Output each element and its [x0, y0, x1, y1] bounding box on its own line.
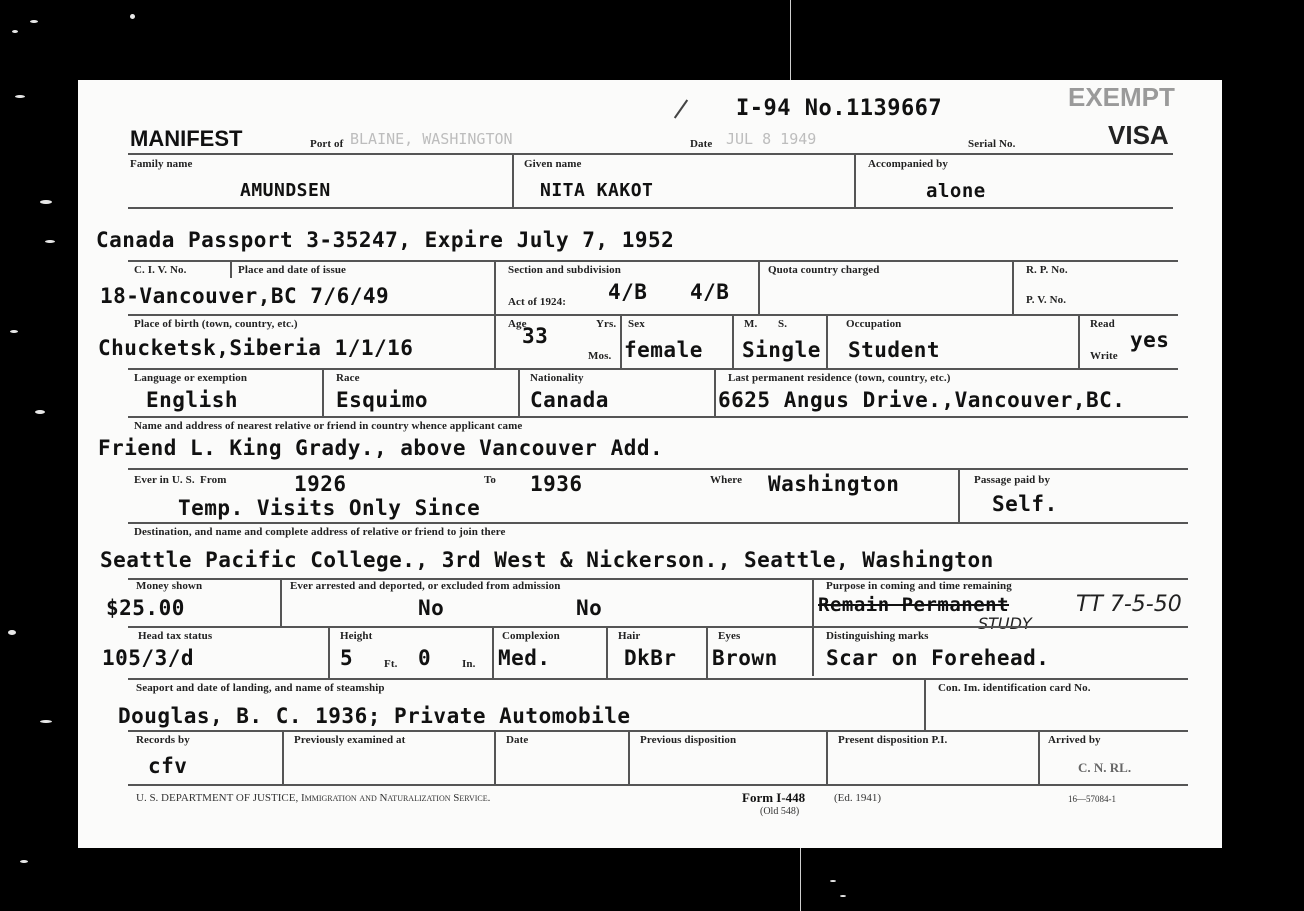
port-label: Port of [310, 138, 343, 150]
seaport-label: Seaport and date of landing, and name of… [136, 682, 385, 694]
mos-label: Mos. [588, 350, 611, 362]
age-value: 33 [522, 324, 548, 348]
present-disp-label: Present disposition P.I. [838, 734, 947, 746]
purpose-handwritten-study: STUDY [978, 614, 1032, 633]
arrived-value: C. N. RL. [1078, 760, 1131, 776]
print-code: 16—57084-1 [1068, 794, 1116, 804]
yrs-label: Yrs. [596, 318, 616, 330]
arrived-label: Arrived by [1048, 734, 1101, 746]
divider [714, 370, 716, 416]
relative-label: Name and address of nearest relative or … [134, 420, 522, 432]
form-title: MANIFEST [130, 126, 242, 152]
divider [128, 207, 1173, 209]
height-label: Height [340, 630, 372, 642]
read-write-value: yes [1130, 328, 1169, 352]
destination-label: Destination, and name and complete addre… [134, 526, 506, 538]
write-label: Write [1090, 350, 1118, 362]
sex-label: Sex [628, 318, 645, 330]
divider [128, 314, 1178, 316]
hair-value: DkBr [624, 646, 677, 670]
scan-speck [40, 720, 52, 723]
to-value: 1936 [530, 472, 583, 496]
where-label: Where [710, 474, 742, 486]
scan-speck [20, 860, 28, 863]
scan-speck [35, 410, 45, 414]
date-stamp: JUL 8 1949 [726, 130, 816, 148]
married-label: M. [744, 318, 757, 330]
exempt-stamp: EXEMPT [1068, 82, 1175, 113]
family-name-value: AMUNDSEN [240, 180, 331, 201]
divider [758, 262, 760, 314]
divider [826, 732, 828, 784]
race-label: Race [336, 372, 360, 384]
form-edition: (Ed. 1941) [834, 792, 881, 804]
divider [328, 628, 330, 678]
nationality-label: Nationality [530, 372, 584, 384]
family-name-label: Family name [130, 158, 193, 170]
passage-value: Self. [992, 492, 1058, 516]
prev-exam-label: Previously examined at [294, 734, 405, 746]
divider [494, 732, 496, 784]
section-label: Section and subdivision [508, 264, 621, 276]
divider [958, 470, 960, 522]
scan-speck [830, 880, 836, 882]
scan-speck [45, 240, 55, 243]
visa-stamp: VISA [1108, 120, 1169, 151]
purpose-struck: Remain Permanent [818, 594, 1009, 616]
residence-label: Last permanent residence (town, country,… [728, 372, 951, 384]
issue-value: 18-Vancouver,BC 7/6/49 [100, 284, 389, 308]
prev-disp-label: Previous disposition [640, 734, 736, 746]
single-label: S. [778, 318, 787, 330]
divider [128, 578, 1188, 580]
divider [128, 522, 1188, 524]
divider [518, 370, 520, 416]
passport-line: Canada Passport 3-35247, Expire July 7, … [96, 228, 674, 252]
marks-label: Distinguishing marks [826, 630, 929, 642]
divider [706, 628, 708, 678]
scan-speck [840, 895, 846, 897]
occupation-value: Student [848, 338, 940, 362]
divider [128, 153, 1173, 155]
divider [128, 784, 1188, 786]
divider [826, 316, 828, 368]
divider [606, 628, 608, 678]
act-value-2: 4/B [690, 280, 729, 304]
visits-note: Temp. Visits Only Since [178, 496, 480, 520]
divider [128, 626, 1188, 628]
passage-label: Passage paid by [974, 474, 1050, 486]
from-value: 1926 [294, 472, 347, 496]
language-label: Language or exemption [134, 372, 247, 384]
given-name-label: Given name [524, 158, 582, 170]
divider [128, 730, 1188, 732]
scan-speck [10, 330, 18, 333]
records-date-label: Date [506, 734, 528, 746]
divider [128, 260, 1178, 262]
act-value-1: 4/B [608, 280, 647, 304]
purpose-label: Purpose in coming and time remaining [826, 580, 1012, 592]
records-label: Records by [136, 734, 190, 746]
records-value: cfv [148, 754, 187, 778]
divider [812, 580, 814, 676]
accompanied-label: Accompanied by [868, 158, 948, 170]
scan-line-artifact [790, 0, 791, 80]
accompanied-value: alone [926, 180, 986, 202]
eyes-value: Brown [712, 646, 778, 670]
manifest-card: MANIFEST Port of BLAINE, WASHINGTON I-94… [78, 80, 1222, 848]
serial-label: Serial No. [968, 138, 1015, 150]
divider [620, 316, 622, 368]
residence-value: 6625 Angus Drive.,Vancouver,BC. [718, 388, 1125, 412]
arrested-value-2: No [576, 596, 602, 620]
issue-label: Place and date of issue [238, 264, 346, 276]
divider [494, 262, 496, 370]
to-label: To [484, 474, 496, 486]
i94-number: I-94 No.1139667 [736, 96, 942, 121]
scan-speck [30, 20, 38, 23]
divider [280, 580, 282, 626]
eyes-label: Eyes [718, 630, 740, 642]
scan-speck [15, 95, 25, 98]
headtax-label: Head tax status [138, 630, 212, 642]
height-in-value: 0 [418, 646, 431, 670]
arrested-value-1: No [418, 596, 444, 620]
date-label: Date [690, 138, 712, 150]
divider [128, 678, 1188, 680]
complexion-value: Med. [498, 646, 551, 670]
marks-value: Scar on Forehead. [826, 646, 1049, 670]
scan-line-artifact [800, 848, 801, 911]
birth-label: Place of birth (town, country, etc.) [134, 318, 298, 330]
civ-label: C. I. V. No. [134, 264, 186, 276]
nationality-value: Canada [530, 388, 609, 412]
headtax-value: 105/3/d [102, 646, 194, 670]
from-label: From [200, 474, 226, 486]
scan-speck [40, 200, 52, 204]
pen-mark [674, 99, 688, 118]
divider [732, 316, 734, 368]
language-value: English [146, 388, 238, 412]
divider [1078, 316, 1080, 368]
department-footer: U. S. DEPARTMENT OF JUSTICE, Immigration… [136, 792, 490, 804]
quota-label: Quota country charged [768, 264, 879, 276]
hair-label: Hair [618, 630, 640, 642]
purpose-handwritten: TT 7-5-50 [1076, 592, 1182, 617]
port-stamp: BLAINE, WASHINGTON [350, 130, 513, 148]
complexion-label: Complexion [502, 630, 560, 642]
divider [1012, 262, 1014, 314]
birth-value: Chucketsk,Siberia 1/1/16 [98, 336, 413, 360]
height-ft-value: 5 [340, 646, 353, 670]
divider [322, 370, 324, 416]
where-value: Washington [768, 472, 899, 496]
divider [282, 732, 284, 784]
act-label: Act of 1924: [508, 296, 566, 308]
ft-label: Ft. [384, 658, 397, 670]
divider [492, 628, 494, 678]
scan-speck [8, 630, 16, 635]
destination-value: Seattle Pacific College., 3rd West & Nic… [100, 548, 994, 572]
sex-value: female [624, 338, 703, 362]
arrested-label: Ever arrested and deported, or excluded … [290, 580, 560, 592]
race-value: Esquimo [336, 388, 428, 412]
divider [924, 680, 926, 730]
divider [128, 368, 1178, 370]
occupation-label: Occupation [846, 318, 901, 330]
relative-value: Friend L. King Grady., above Vancouver A… [98, 436, 663, 460]
given-name-value: NITA KAKOT [540, 180, 653, 201]
marital-value: Single [742, 338, 821, 362]
divider [854, 155, 856, 207]
divider [128, 416, 1188, 418]
divider [1038, 732, 1040, 784]
rp-label: R. P. No. [1026, 264, 1068, 276]
read-label: Read [1090, 318, 1115, 330]
divider [230, 262, 232, 278]
idcard-label: Con. Im. identification card No. [938, 682, 1091, 694]
ever-label: Ever in U. S. [134, 474, 195, 486]
money-label: Money shown [136, 580, 202, 592]
money-value: $25.00 [106, 596, 185, 620]
in-label: In. [462, 658, 475, 670]
pv-label: P. V. No. [1026, 294, 1066, 306]
form-number: Form I-448 [742, 790, 805, 806]
scan-speck [130, 14, 135, 19]
divider [512, 155, 514, 207]
divider [628, 732, 630, 784]
divider [128, 468, 1188, 470]
form-old-number: (Old 548) [760, 806, 799, 817]
scan-speck [12, 30, 18, 33]
seaport-value: Douglas, B. C. 1936; Private Automobile [118, 704, 631, 728]
